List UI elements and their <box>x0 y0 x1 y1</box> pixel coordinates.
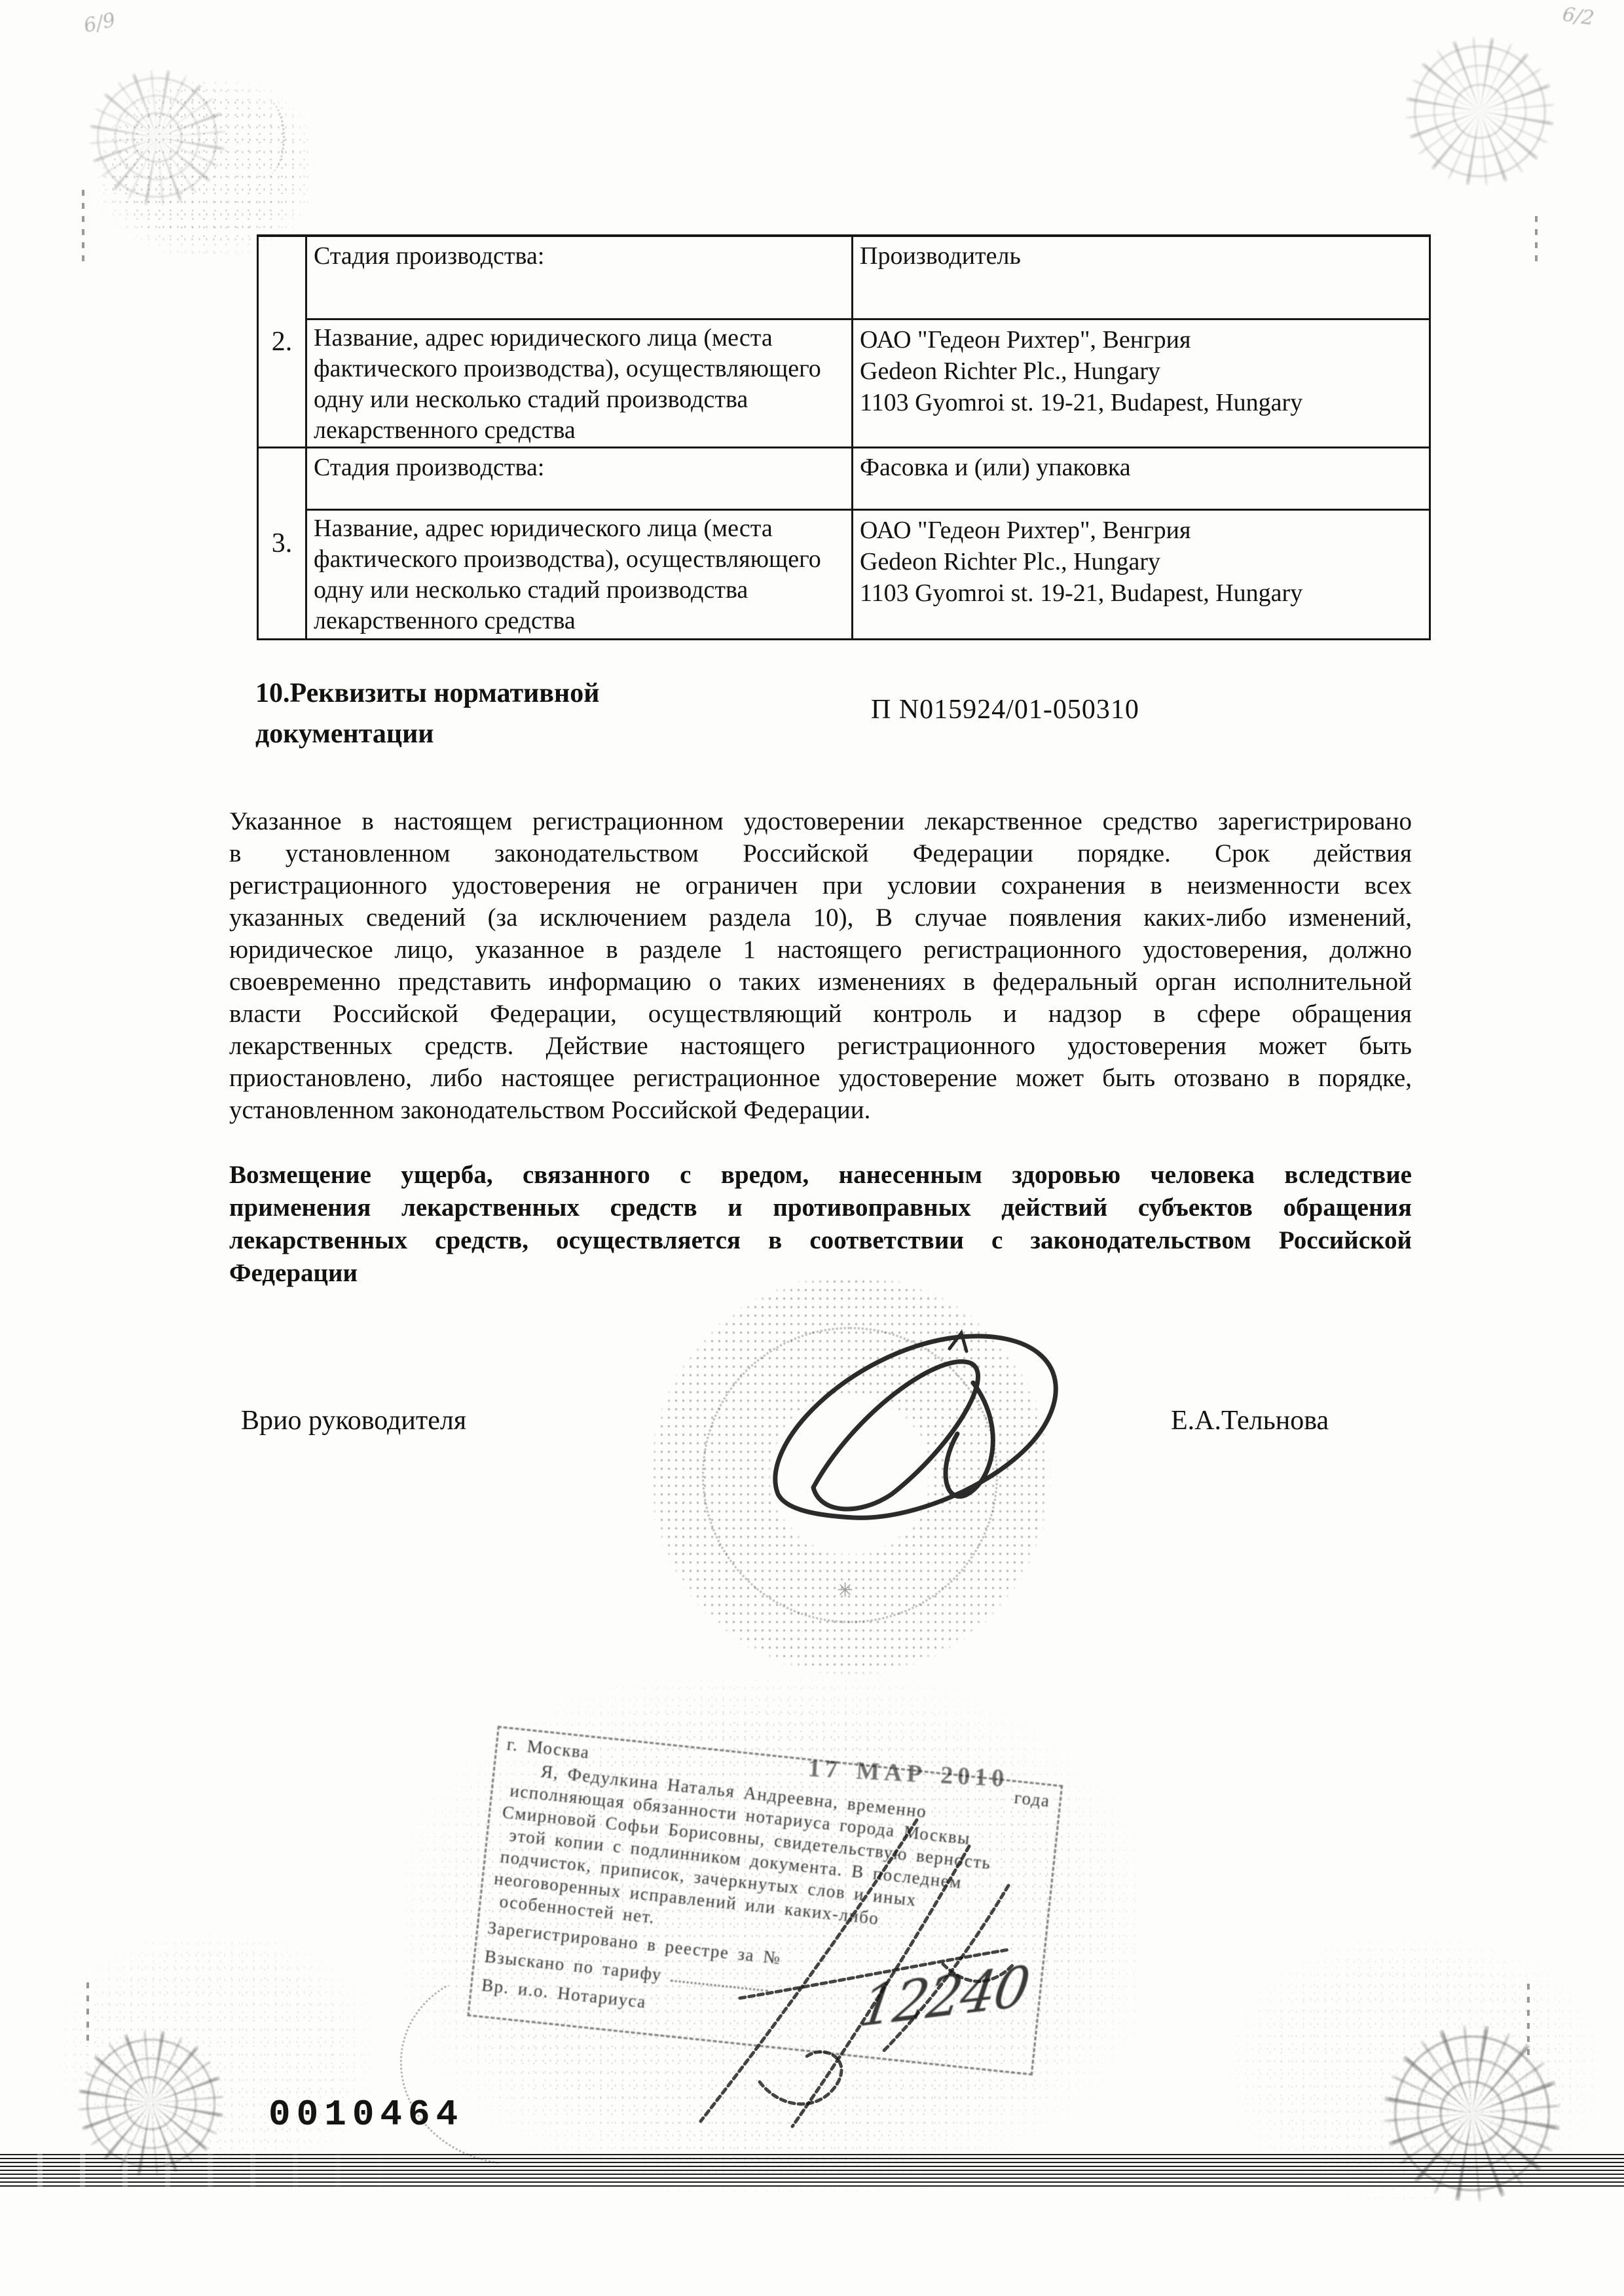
edge-tick-mark <box>1535 216 1538 268</box>
manufacturer-line: Gedeon Richter Plc., Hungary <box>860 355 1424 387</box>
stamp-star-icon: ✳ <box>837 1579 853 1602</box>
section10-heading: 10.Реквизиты нормативной документации <box>255 673 674 754</box>
name-value-cell: ОАО "Гедеон Рихтер", Венгрия Gedeon Rich… <box>853 320 1431 448</box>
paragraph-line: своевременно представить информацию о та… <box>229 967 1412 999</box>
paragraph-line: лекарственных средств, осуществляется в … <box>229 1226 1412 1258</box>
manufacturer-line: ОАО "Гедеон Рихтер", Венгрия <box>860 515 1424 546</box>
paragraph-line: регистрационного удостоверения не ограни… <box>229 871 1412 903</box>
paragraph-line: приостановлено, либо настоящее регистрац… <box>229 1063 1412 1095</box>
paragraph-line: указанных сведений (за исключением разде… <box>229 903 1412 935</box>
signer-name: Е.А.Тельнова <box>1171 1405 1329 1436</box>
name-label-cell: Название, адрес юридического лица (места… <box>307 320 853 448</box>
name-value-cell: ОАО "Гедеон Рихтер", Венгрия Gedeon Rich… <box>853 511 1431 640</box>
signer-title: Врио руководителя <box>241 1405 466 1436</box>
paragraph-line: применения лекарственных средств и проти… <box>229 1193 1412 1226</box>
legal-paragraph-1: Указанное в настоящем регистрационном уд… <box>229 807 1412 1127</box>
manufacturing-table: 2. Стадия производства: Производитель На… <box>257 234 1431 640</box>
edge-tick-mark <box>86 1982 89 2045</box>
registration-number: П N015924/01-050310 <box>871 694 1139 725</box>
paragraph-line: Возмещение ущерба, связанного с вредом, … <box>229 1160 1412 1193</box>
paragraph-line: лекарственных средств. Действие настояще… <box>229 1031 1412 1063</box>
scanned-certificate-page: 6/9 6/2 2. Стадия производства: Производ… <box>0 0 1624 2296</box>
manufacturer-line: ОАО "Гедеон Рихтер", Венгрия <box>860 324 1424 355</box>
guilloche-rosette-top-left <box>88 69 226 206</box>
table-row-number: 3. <box>259 448 307 640</box>
paragraph-line: Указанное в настоящем регистрационном уд… <box>229 807 1412 839</box>
corner-annotation-top-right: 6/2 <box>1561 3 1596 30</box>
stage-value-cell: Производитель <box>853 237 1431 320</box>
scanner-edge-band <box>0 2154 1624 2189</box>
stage-label-cell: Стадия производства: <box>307 448 853 511</box>
stage-label-cell: Стадия производства: <box>307 237 853 320</box>
paragraph-line: в установленном законодательством Россий… <box>229 839 1412 871</box>
paragraph-line: юридическое лицо, указанное в разделе 1 … <box>229 935 1412 967</box>
paragraph-line: власти Российской Федерации, осуществляю… <box>229 999 1412 1031</box>
scan-artifact-curve <box>244 98 285 177</box>
name-label-cell: Название, адрес юридического лица (места… <box>307 511 853 640</box>
notary-signature-flourish <box>576 1768 1113 2147</box>
manufacturer-line: 1103 Gyomroi st. 19-21, Budapest, Hungar… <box>860 387 1424 418</box>
guilloche-rosette-top-right <box>1405 36 1555 187</box>
stage-value-cell: Фасовка и (или) упаковка <box>853 448 1431 511</box>
executive-signature <box>753 1322 1120 1558</box>
edge-tick-mark <box>82 190 84 268</box>
edge-tick-mark <box>1527 1984 1530 2059</box>
manufacturer-line: 1103 Gyomroi st. 19-21, Budapest, Hungar… <box>860 577 1424 609</box>
corner-annotation-top-left: 6/9 <box>82 9 118 37</box>
table-row-number: 2. <box>259 237 307 448</box>
paragraph-line: установленном законодательством Российск… <box>229 1095 1412 1127</box>
manufacturer-line: Gedeon Richter Plc., Hungary <box>860 546 1424 577</box>
form-serial-number: 0010464 <box>268 2094 464 2136</box>
